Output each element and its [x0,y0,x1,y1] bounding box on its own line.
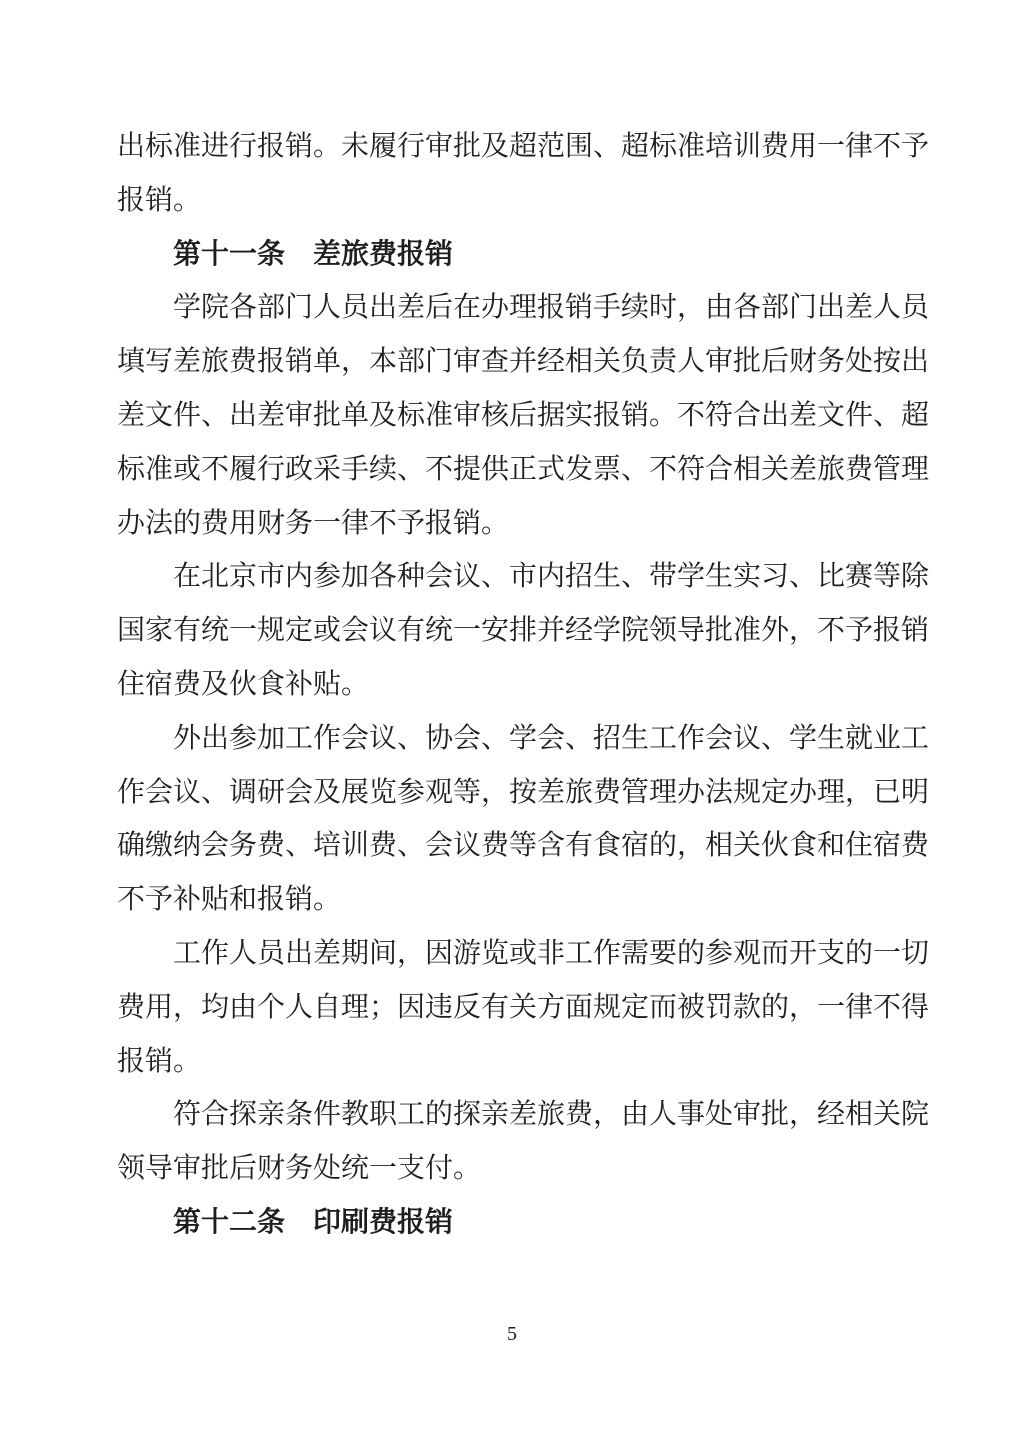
paragraph-continuation: 出标准进行报销。未履行审批及超范围、超标准培训费用一律不予报销。 [117,120,929,228]
paragraph-beijing-local-activities: 在北京市内参加各种会议、市内招生、带学生实习、比赛等除国家有统一规定或会议有统一… [117,550,929,711]
section-heading-article-12: 第十二条 印刷费报销 [117,1196,929,1250]
paragraph-external-meetings: 外出参加工作会议、协会、学会、招生工作会议、学生就业工作会议、调研会及展览参观等… [117,712,929,927]
document-body: 出标准进行报销。未履行审批及超范围、超标准培训费用一律不予报销。 第十一条 差旅… [117,120,929,1250]
document-page: 出标准进行报销。未履行审批及超范围、超标准培训费用一律不予报销。 第十一条 差旅… [0,0,1024,1448]
page-number: 5 [0,1322,1024,1346]
paragraph-travel-expense-procedure: 学院各部门人员出差后在办理报销手续时，由各部门出差人员填写差旅费报销单，本部门审… [117,281,929,550]
section-heading-article-11: 第十一条 差旅费报销 [117,228,929,282]
paragraph-personal-expenses: 工作人员出差期间，因游览或非工作需要的参观而开支的一切费用，均由个人自理；因违反… [117,927,929,1088]
paragraph-family-visit-travel: 符合探亲条件教职工的探亲差旅费，由人事处审批，经相关院领导审批后财务处统一支付。 [117,1088,929,1196]
